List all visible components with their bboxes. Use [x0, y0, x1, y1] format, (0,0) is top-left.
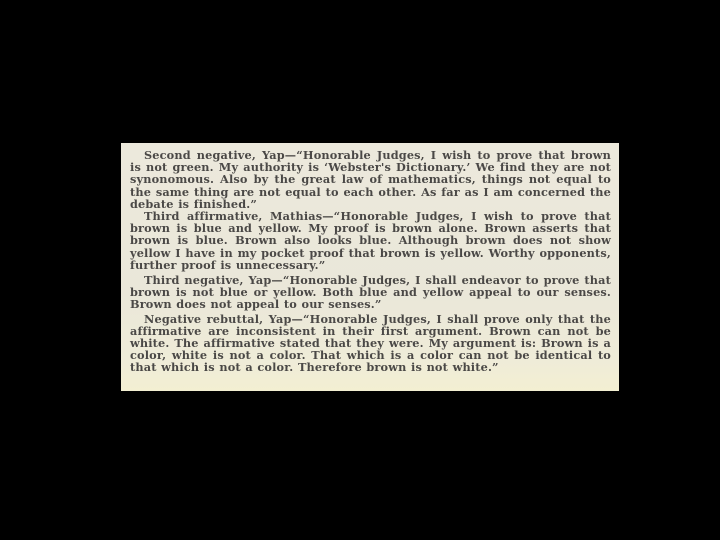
paragraph-negative-rebuttal: Negative rebuttal, Yap—“Honorable Judges… [130, 313, 611, 374]
paragraph-third-affirmative: Third affirmative, Mathias—“Honorable Ju… [130, 210, 611, 271]
paragraph-third-negative: Third negative, Yap—“Honorable Judges, I… [130, 274, 611, 311]
paragraph-second-negative: Second negative, Yap—“Honorable Judges, … [130, 149, 611, 210]
newspaper-clipping: Second negative, Yap—“Honorable Judges, … [121, 143, 619, 391]
slide-background: Second negative, Yap—“Honorable Judges, … [0, 0, 720, 540]
